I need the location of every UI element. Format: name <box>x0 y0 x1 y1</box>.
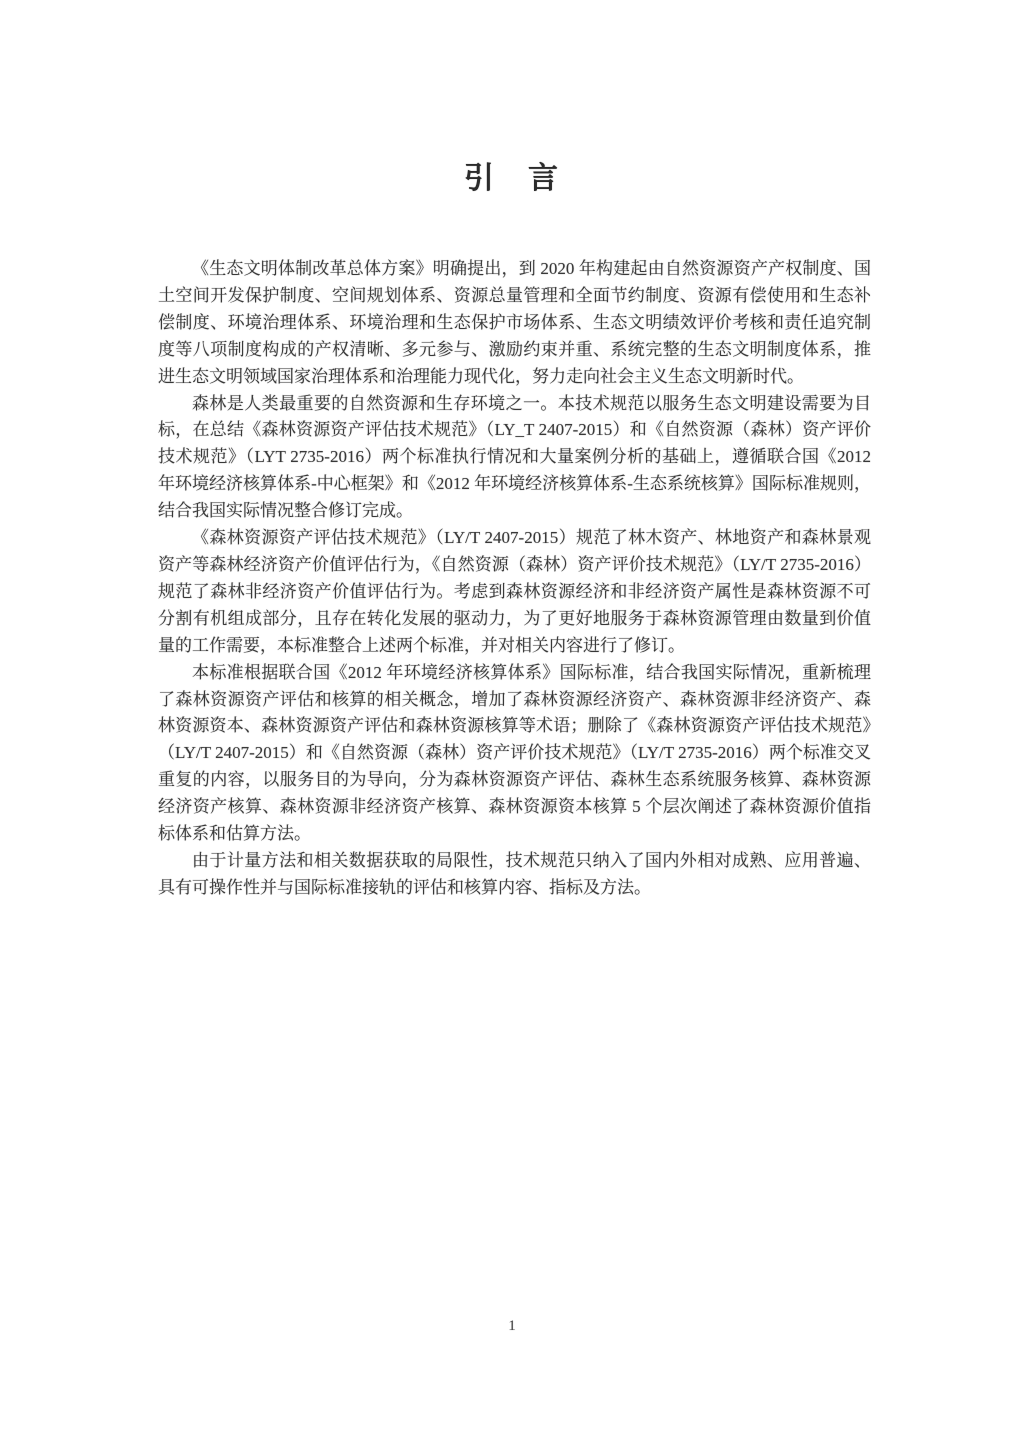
paragraph-4: 本标准根据联合国《2012 年环境经济核算体系》国际标准，结合我国实际情况，重新… <box>158 660 871 848</box>
paragraph-1: 《生态文明体制改革总体方案》明确提出，到 2020 年构建起由自然资源资产产权制… <box>158 256 871 391</box>
page-number: 1 <box>0 1318 1024 1335</box>
document-page: 引 言 《生态文明体制改革总体方案》明确提出，到 2020 年构建起由自然资源资… <box>0 0 1024 1447</box>
paragraph-3: 《森林资源资产评估技术规范》（LY/T 2407-2015）规范了林木资产、林地… <box>158 525 871 660</box>
paragraph-2: 森林是人类最重要的自然资源和生存环境之一。本技术规范以服务生态文明建设需要为目标… <box>158 391 871 526</box>
paragraph-5: 由于计量方法和相关数据获取的局限性，技术规范只纳入了国内外相对成熟、应用普遍、具… <box>158 848 871 902</box>
document-body: 《生态文明体制改革总体方案》明确提出，到 2020 年构建起由自然资源资产产权制… <box>158 256 871 902</box>
page-title: 引 言 <box>0 153 1024 197</box>
